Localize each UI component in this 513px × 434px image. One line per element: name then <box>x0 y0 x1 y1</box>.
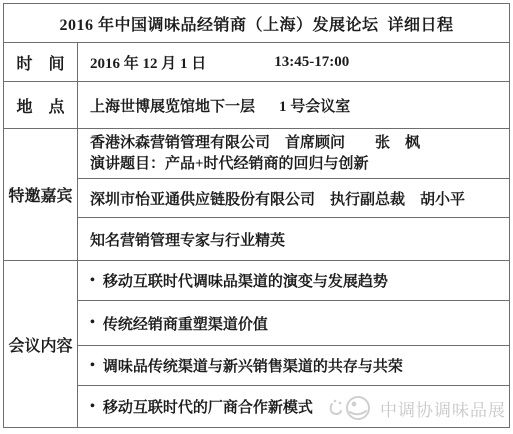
bullet-icon: • <box>90 359 95 373</box>
guest-row-2: 深圳市怡亚通供应链股份有限公司 执行副总裁 胡小平 <box>78 179 509 218</box>
room-value: 1 号会议室 <box>279 95 350 116</box>
bullet-icon: • <box>90 400 95 414</box>
bullet-icon: • <box>90 274 95 288</box>
guests-label-text: 特邀嘉宾 <box>8 183 72 206</box>
time-label-text: 时 间 <box>16 51 64 74</box>
time-row-label: 时 间 <box>4 43 78 82</box>
date-value: 2016 年 12 月 1 日 <box>90 52 206 73</box>
schedule-table: 2016 年中国调味品经销商（上海）发展论坛 详细日程 时 间 2016 年 1… <box>3 3 510 428</box>
agenda-item-text: 调味品传统渠道与新兴销售渠道的共存与共荣 <box>103 355 403 376</box>
guests-section-label: 特邀嘉宾 <box>4 129 78 261</box>
association-logo-icon <box>328 394 374 422</box>
guest-topic-line: 演讲题目：产品+时代经销商的回归与创新 <box>90 154 369 175</box>
venue-row-label: 地 点 <box>4 82 78 129</box>
guest-company-line: 知名营销管理专家与行业精英 <box>90 229 285 250</box>
agenda-row-1: • 移动互联时代调味品渠道的演变与发展趋势 <box>78 261 509 301</box>
agenda-item-text: 移动互联时代调味品渠道的演变与发展趋势 <box>103 270 388 291</box>
time-row-value: 2016 年 12 月 1 日 13:45-17:00 <box>78 43 509 82</box>
page: 2016 年中国调味品经销商（上海）发展论坛 详细日程 时 间 2016 年 1… <box>0 0 513 434</box>
guest-company-line: 香港沐森营销管理有限公司 首席顾问 张 枫 <box>90 133 420 154</box>
agenda-section-label: 会议内容 <box>4 261 78 427</box>
guest-row-1: 香港沐森营销管理有限公司 首席顾问 张 枫 演讲题目：产品+时代经销商的回归与创… <box>78 129 509 179</box>
agenda-row-2: • 传统经销商重塑渠道价值 <box>78 301 509 346</box>
venue-row-value: 上海世博展览馆地下一层 1 号会议室 <box>78 82 509 129</box>
agenda-item-text: 移动互联时代的厂商合作新模式 <box>103 396 313 417</box>
venue-label-text: 地 点 <box>16 94 64 117</box>
agenda-item-text: 传统经销商重塑渠道价值 <box>103 313 268 334</box>
agenda-label-text: 会议内容 <box>8 333 72 356</box>
watermark: 中调协调味品展 <box>328 392 506 424</box>
bullet-icon: • <box>90 316 95 330</box>
guest-row-3: 知名营销管理专家与行业精英 <box>78 218 509 261</box>
guest-company-line: 深圳市怡亚通供应链股份有限公司 执行副总裁 胡小平 <box>90 188 465 209</box>
venue-value: 上海世博展览馆地下一层 <box>90 95 255 116</box>
table-title-text: 2016 年中国调味品经销商（上海）发展论坛 详细日程 <box>59 12 453 35</box>
agenda-row-3: • 调味品传统渠道与新兴销售渠道的共存与共荣 <box>78 346 509 386</box>
table-title: 2016 年中国调味品经销商（上海）发展论坛 详细日程 <box>4 4 509 43</box>
time-value: 13:45-17:00 <box>274 54 349 71</box>
watermark-text: 中调协调味品展 <box>380 396 506 421</box>
